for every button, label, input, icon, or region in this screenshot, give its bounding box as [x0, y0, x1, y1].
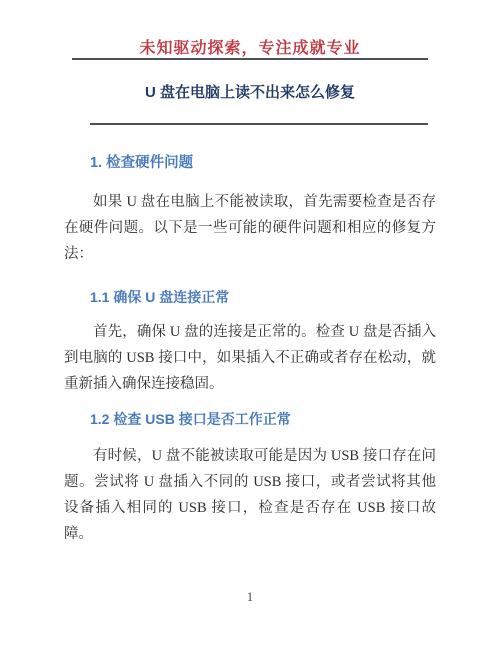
- section-heading-1-2: 1.2 检查 USB 接口是否工作正常: [90, 410, 436, 428]
- page-number: 1: [0, 589, 500, 605]
- section-heading-1: 1. 检查硬件问题: [90, 154, 436, 173]
- section-paragraph-1: 如果 U 盘在电脑上不能被读取，首先需要检查是否存在硬件问题。以下是一些可能的硬…: [64, 189, 436, 267]
- document-page: 未知驱动探索，专注成就专业 U 盘在电脑上读不出来怎么修复 1. 检查硬件问题 …: [0, 0, 500, 647]
- section-divider: [90, 123, 428, 125]
- section-paragraph-1-2: 有时候，U 盘不能被读取可能是因为 USB 接口存在问题。尝试将 U 盘插入不同…: [64, 443, 436, 547]
- section-paragraph-1-1: 首先，确保 U 盘的连接是正常的。检查 U 盘是否插入到电脑的 USB 接口中，…: [64, 319, 436, 397]
- header-divider: [72, 58, 428, 60]
- section-heading-1-1: 1.1 确保 U 盘连接正常: [90, 288, 436, 306]
- header-slogan: 未知驱动探索，专注成就专业: [0, 0, 500, 58]
- page-title: U 盘在电脑上读不出来怎么修复: [0, 83, 500, 102]
